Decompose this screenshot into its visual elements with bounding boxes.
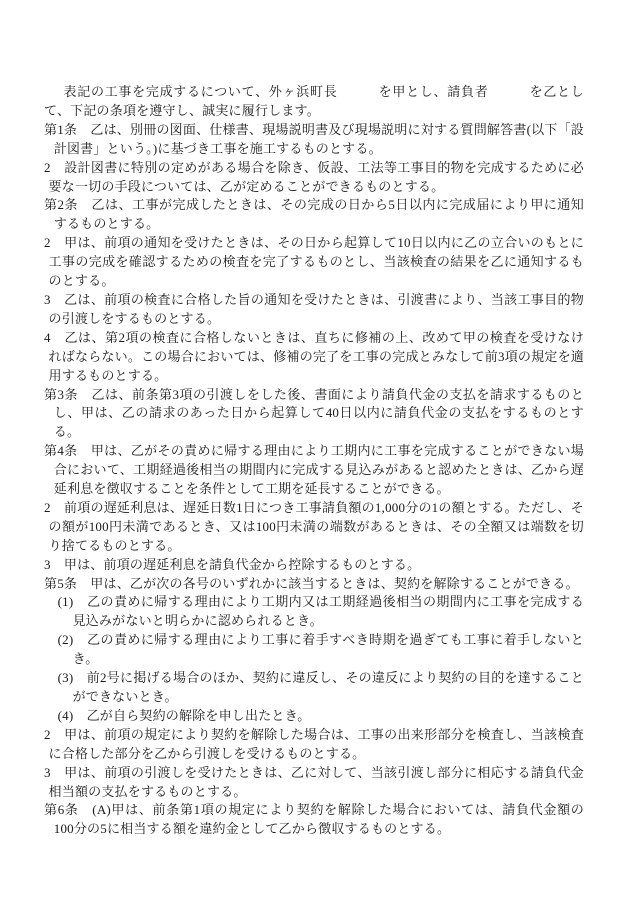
paragraph: 第1条 乙は、別冊の図面、仕様書、現場説明書及び現場説明に対する質問解答書(以下… xyxy=(44,121,584,159)
paragraph: 3 甲は、前項の引渡しを受けたときは、乙に対して、当該引渡し部分に相応する請負代… xyxy=(44,764,584,802)
paragraph: 表記の工事を完成するについて、外ヶ浜町長 を甲とし、請負者 を乙として、下記の条… xyxy=(44,83,584,121)
paragraph: (4) 乙が自ら契約の解除を申し出たとき。 xyxy=(58,707,584,726)
paragraph: 第4条 甲は、乙がその責めに帰する理由により工期内に工事を完成することができない… xyxy=(44,442,584,499)
paragraph: (2) 乙の責めに帰する理由により工事に着手すべき時期を過ぎても工事に着手しない… xyxy=(58,631,584,669)
paragraph: (1) 乙の責めに帰する理由により工期内又は工期経過後相当の期間内に工事を完成す… xyxy=(58,593,584,631)
paragraph: 2 甲は、前項の通知を受けたときは、その日から起算して10日以内に乙の立合いのも… xyxy=(44,234,584,291)
paragraph: (3) 前2号に掲げる場合のほか、契約に違反し、その違反により契約の目的を達する… xyxy=(58,669,584,707)
paragraph: 3 甲は、前項の遅延利息を請負代金から控除するものとする。 xyxy=(44,556,584,575)
paragraph: 第3条 乙は、前条第3項の引渡しをした後、書面により請負代金の支払を請求するもの… xyxy=(44,386,584,443)
contract-document: 表記の工事を完成するについて、外ヶ浜町長 を甲とし、請負者 を乙として、下記の条… xyxy=(44,83,584,839)
paragraph: 第6条 (A)甲は、前条第1項の規定により契約を解除した場合においては、請負代金… xyxy=(44,801,584,839)
paragraph: 第5条 甲は、乙が次の各号のいずれかに該当するときは、契約を解除することができる… xyxy=(44,575,584,594)
paragraph: 2 甲は、前項の規定により契約を解除した場合は、工事の出来形部分を検査し、当該検… xyxy=(44,726,584,764)
paragraph: 3 乙は、前項の検査に合格した旨の通知を受けたときは、引渡書により、当該工事目的… xyxy=(44,291,584,329)
paragraph: 4 乙は、第2項の検査に合格しないときは、直ちに修補の上、改めて甲の検査を受けな… xyxy=(44,329,584,386)
paragraph: 第2条 乙は、工事が完成したときは、その完成の日から5日以内に完成届により甲に通… xyxy=(44,196,584,234)
paragraph: 2 設計図書に特別の定めがある場合を除き、仮設、工法等工事目的物を完成するために… xyxy=(44,159,584,197)
paragraph: 2 前項の遅延利息は、遅延日数1日につき工事請負額の1,000分の1の額とする。… xyxy=(44,499,584,556)
contract-page: 表記の工事を完成するについて、外ヶ浜町長 を甲とし、請負者 を乙として、下記の条… xyxy=(0,0,630,915)
